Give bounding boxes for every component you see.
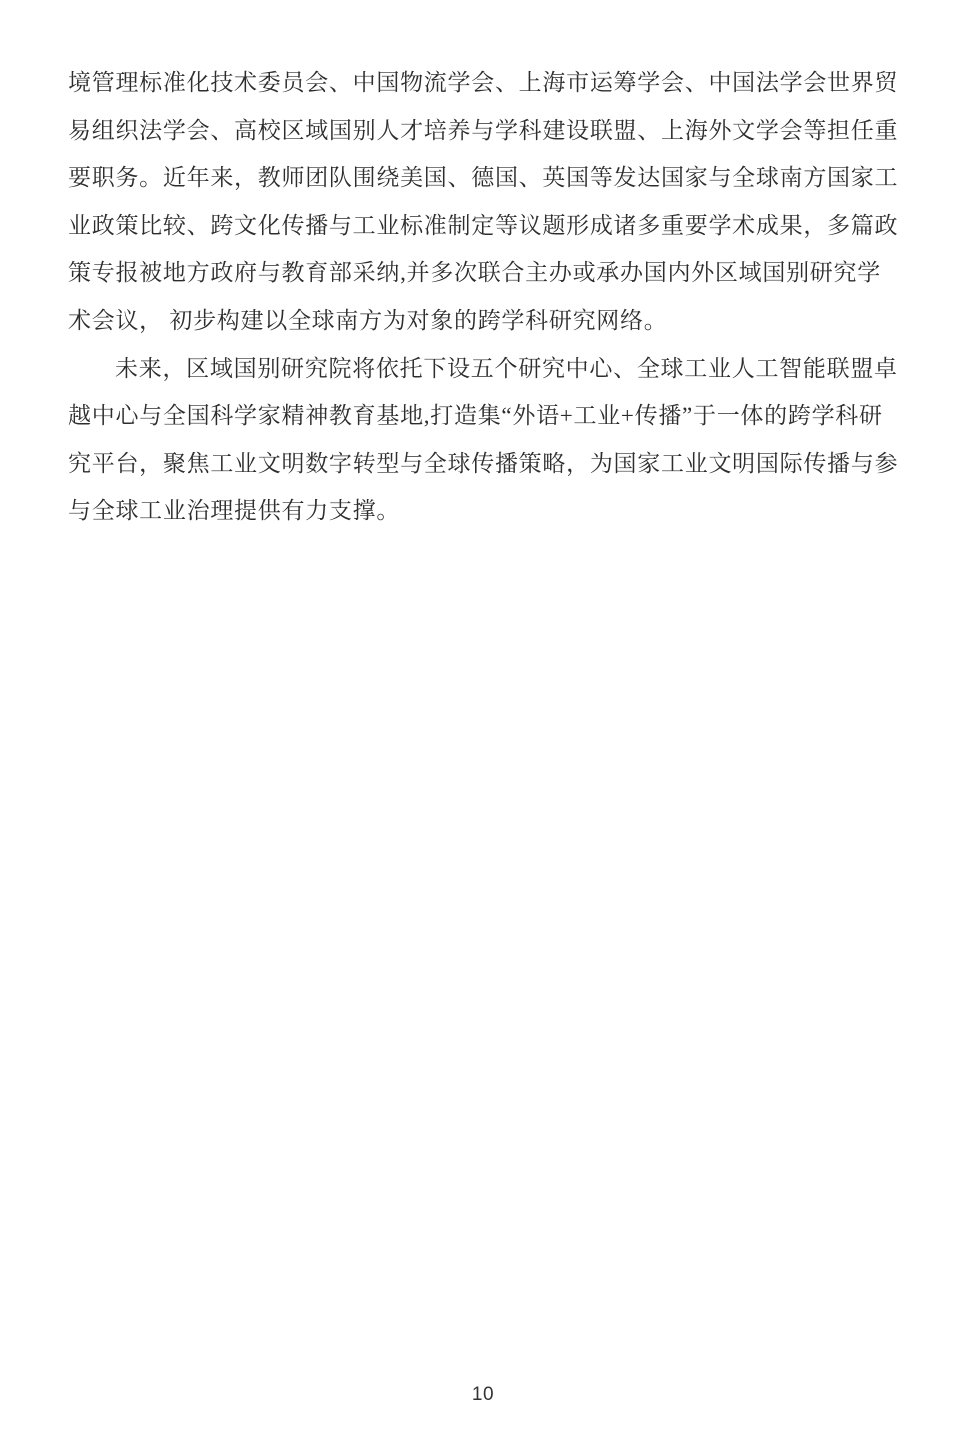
text-line: 易组织法学会、高校区域国别人才培养与学科建设联盟、上海外文学会等担任重 — [68, 107, 898, 155]
page-footer: 10 — [0, 1384, 966, 1406]
text-line: 未来，区域国别研究院将依托下设五个研究中心、全球工业人工智能联盟卓 — [68, 345, 898, 393]
document-page: 境管理标准化技术委员会、中国物流学会、上海市运筹学会、中国法学会世界贸 易组织法… — [0, 0, 966, 1438]
text-line: 境管理标准化技术委员会、中国物流学会、上海市运筹学会、中国法学会世界贸 — [68, 59, 898, 107]
text-line: 究平台，聚焦工业文明数字转型与全球传播策略，为国家工业文明国际传播与参 — [68, 440, 898, 488]
text-line: 术会议， 初步构建以全球南方为对象的跨学科研究网络。 — [68, 297, 898, 345]
text-line: 与全球工业治理提供有力支撑。 — [68, 487, 898, 535]
text-line: 要职务。近年来，教师团队围绕美国、德国、英国等发达国家与全球南方国家工 — [68, 154, 898, 202]
text-line: 业政策比较、跨文化传播与工业标准制定等议题形成诸多重要学术成果，多篇政 — [68, 202, 898, 250]
paragraph: 境管理标准化技术委员会、中国物流学会、上海市运筹学会、中国法学会世界贸 易组织法… — [68, 59, 898, 345]
page-body-text: 境管理标准化技术委员会、中国物流学会、上海市运筹学会、中国法学会世界贸 易组织法… — [68, 59, 898, 535]
text-line: 越中心与全国科学家精神教育基地,打造集“外语+工业+传播”于一体的跨学科研 — [68, 392, 898, 440]
page-number: 10 — [472, 1384, 494, 1405]
text-line: 策专报被地方政府与教育部采纳,并多次联合主办或承办国内外区域国别研究学 — [68, 249, 898, 297]
paragraph: 未来，区域国别研究院将依托下设五个研究中心、全球工业人工智能联盟卓 越中心与全国… — [68, 345, 898, 535]
